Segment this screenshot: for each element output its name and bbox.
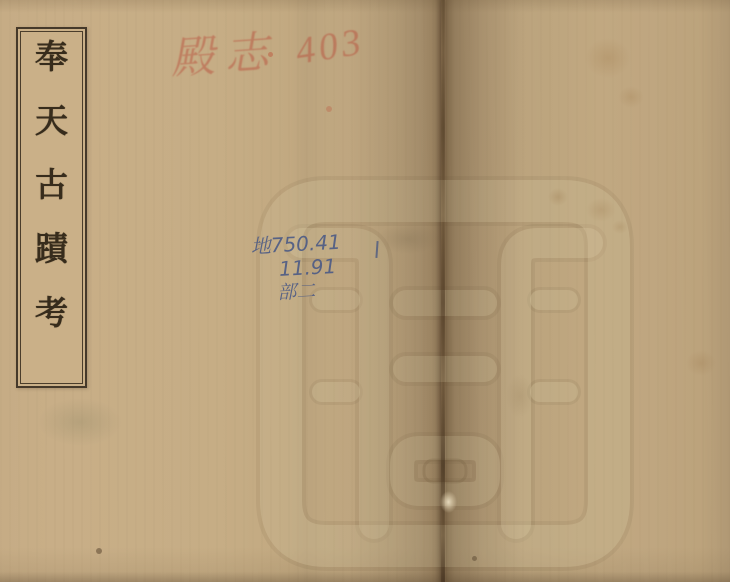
title-label-inner-border: 奉 天 古 蹟 考 bbox=[20, 31, 83, 384]
title-character: 蹟 bbox=[35, 234, 68, 267]
call-number-annotation: 地750.41 11.91 部二 bbox=[250, 230, 344, 307]
title-character: 奉 bbox=[35, 42, 68, 75]
call-number-line-2: 11.91 bbox=[278, 254, 342, 281]
call-number-line-3: 部二 bbox=[277, 278, 344, 305]
book-cover-scan: 奉 天 古 蹟 考 殿志403 地750.41 11.91 部二 bbox=[0, 0, 730, 582]
red-ink-number: 403 bbox=[293, 20, 368, 74]
fold-shadow-right bbox=[446, 0, 524, 582]
title-label: 奉 天 古 蹟 考 bbox=[16, 27, 87, 388]
red-ink-annotation: 殿志403 bbox=[168, 9, 367, 86]
paper-chip bbox=[440, 491, 457, 513]
title-character: 古 bbox=[35, 170, 68, 203]
title-character: 考 bbox=[35, 298, 68, 331]
title-character: 天 bbox=[35, 106, 68, 139]
red-ink-text: 殿志 bbox=[169, 27, 280, 83]
